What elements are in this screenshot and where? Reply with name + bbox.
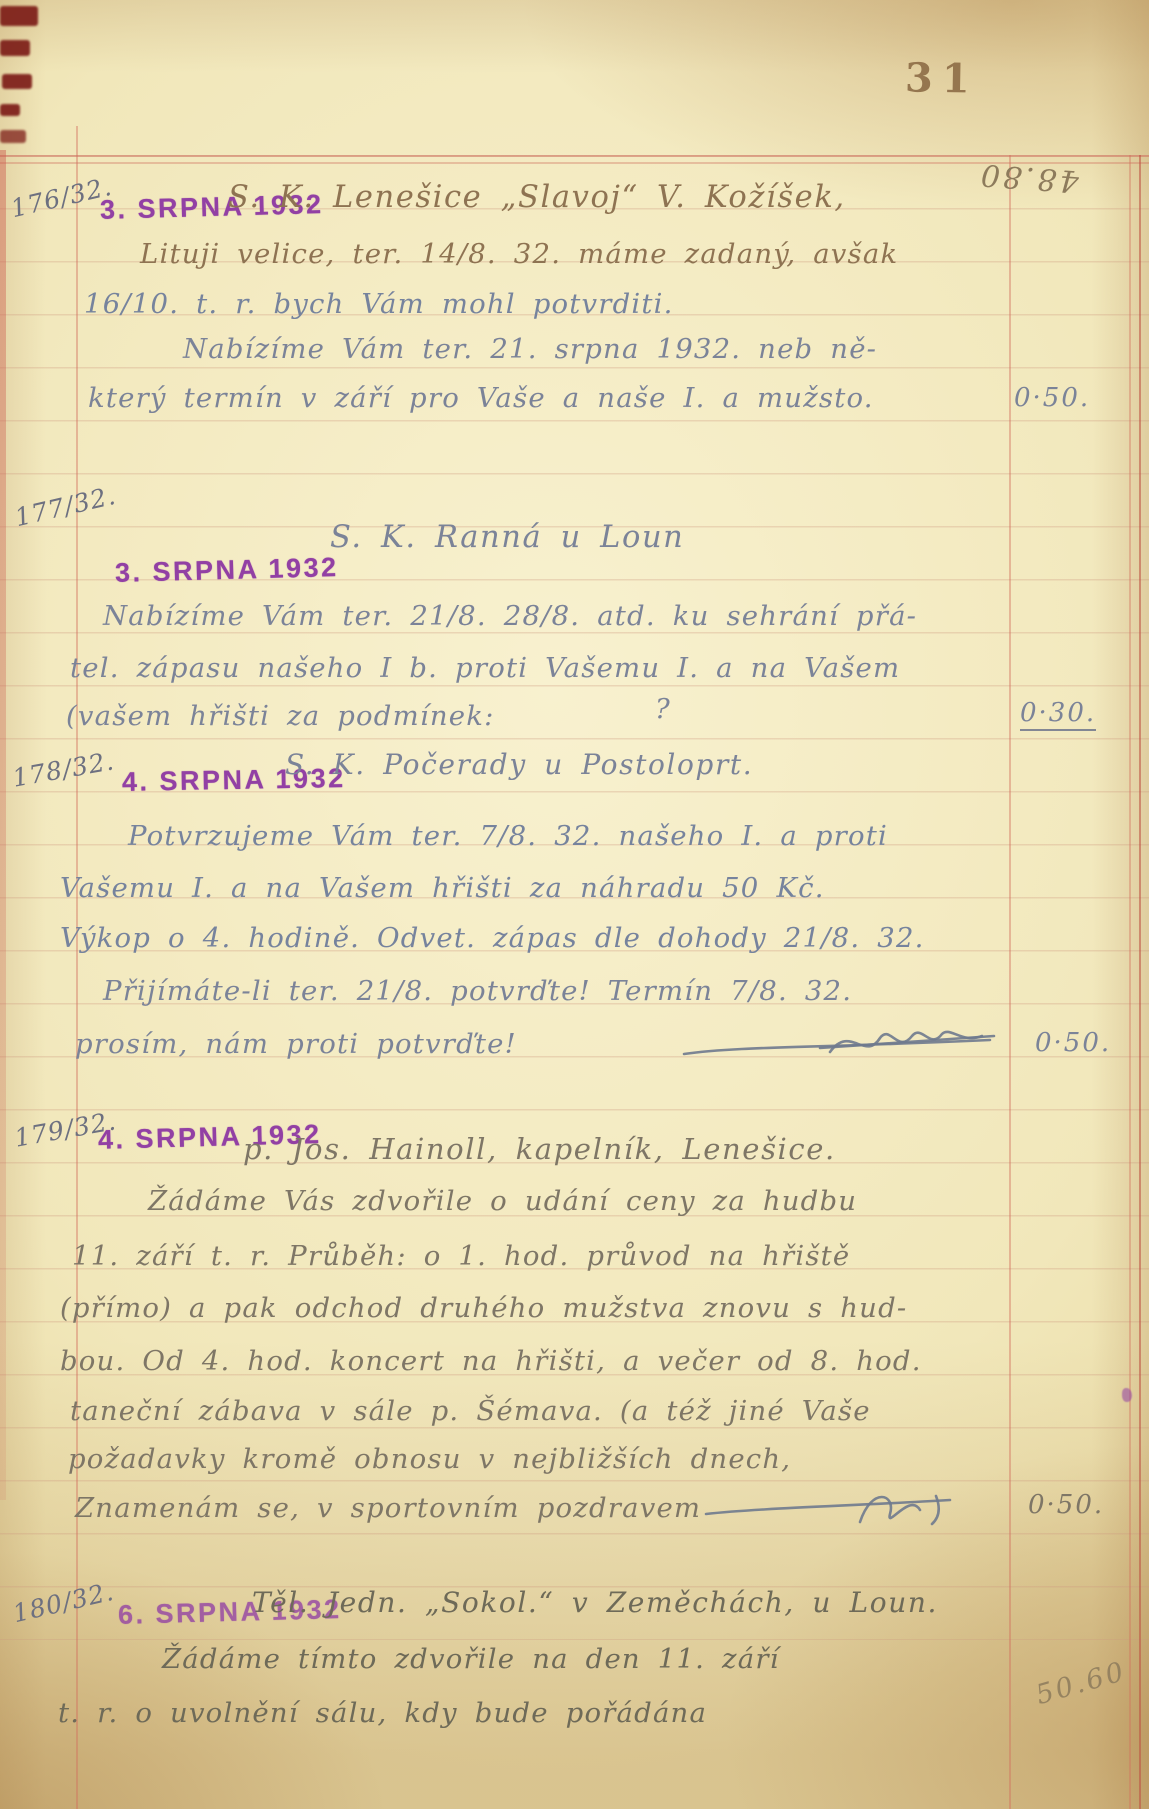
entry-line: Výkop o 4. hodině. Odvet. zápas dle doho…	[60, 922, 925, 954]
entry-heading: Těl. Jedn. „Sokol.“ v Zeměchách, u Loun.	[252, 1586, 938, 1619]
entry-amount: 0·50.	[1035, 1028, 1111, 1058]
left-margin-line	[76, 126, 78, 1809]
entry-line: bou. Od 4. hod. koncert na hřišti, a več…	[60, 1345, 922, 1377]
entry-heading: S. K. Ranná u Loun	[330, 520, 684, 555]
header-rule-bottom	[0, 162, 1149, 164]
entry-line: který termín v září pro Vaše a naše I. a…	[88, 382, 874, 414]
stamp-smudge	[1122, 1388, 1132, 1402]
crossed-out-scribble	[700, 1478, 960, 1538]
ledger-page: 31 48.80 50.60 176/32. 3. SRPNA 1932 S. …	[0, 0, 1149, 1809]
crossed-out-scribble	[680, 1012, 1000, 1072]
edge-blotch	[2, 74, 32, 89]
entry-ref: 177/32.	[12, 481, 119, 532]
right-margin-line-inner	[1129, 155, 1131, 1809]
edge-blotch	[0, 40, 30, 56]
entry-line: Žádáme Vás zdvořile o udání ceny za hudb…	[148, 1185, 857, 1217]
entry-line: t. r. o uvolnění sálu, kdy bude pořádána	[58, 1697, 707, 1729]
entry-line: taneční zábava v sále p. Šémava. (a též …	[70, 1395, 871, 1427]
date-stamp: 3. SRPNA 1932	[115, 552, 339, 589]
entry-line: (přímo) a pak odchod druhého mužstva zno…	[60, 1292, 907, 1324]
left-scan-edge	[0, 150, 6, 1500]
page-number: 31	[905, 54, 979, 102]
entry-line: Nabízíme Vám ter. 21/8. 28/8. atd. ku se…	[103, 600, 917, 632]
entry-line: Vašemu I. a na Vašem hřišti za náhradu 5…	[60, 872, 825, 904]
edge-blotch	[0, 6, 38, 26]
entry-line: 11. září t. r. Průběh: o 1. hod. průvod …	[72, 1240, 850, 1272]
entry-ref: 180/32.	[10, 1577, 117, 1628]
entry-line: Žádáme tímto zdvořile na den 11. září	[162, 1643, 780, 1675]
header-rule-top	[0, 155, 1149, 157]
right-margin-line-outer	[1139, 155, 1141, 1809]
entry-line: Znamenám se, v sportovním pozdravem	[75, 1492, 701, 1524]
amount-column-line	[1009, 155, 1011, 1809]
entry-heading: S. K. Počerady u Postoloprt.	[285, 748, 753, 781]
entry-line: Nabízíme Vám ter. 21. srpna 1932. neb ně…	[183, 333, 877, 365]
entry-heading: S. K. Lenešice „Slavoj“ V. Kožíšek,	[228, 180, 846, 215]
entry-line: Přijímáte-li ter. 21/8. potvrďte! Termín…	[103, 975, 852, 1007]
top-total-annotation: 48.80	[977, 157, 1080, 199]
entry-line: požadavky kromě obnosu v nejbližších dne…	[68, 1443, 791, 1475]
entry-line: prosím, nám proti potvrďte!	[75, 1028, 517, 1060]
entry-ref: 178/32.	[10, 746, 116, 792]
entry-line: tel. zápasu našeho I b. proti Vašemu I. …	[70, 652, 900, 684]
entry-line: (vašem hřišti za podmínek:	[66, 700, 495, 732]
bottom-total-annotation: 50.60	[1033, 1656, 1130, 1711]
entry-query-mark: ?	[655, 693, 671, 725]
entry-amount: 0·30.	[1020, 698, 1096, 728]
entry-line: Lituji velice, ter. 14/8. 32. máme zadan…	[140, 238, 898, 270]
amount-underline: 0·30.	[1020, 698, 1096, 731]
entry-heading: p. Jos. Hainoll, kapelník, Lenešice.	[243, 1132, 836, 1166]
entry-amount: 0·50.	[1028, 1490, 1104, 1520]
entry-line: 16/10. t. r. bych Vám mohl potvrditi.	[84, 288, 674, 320]
edge-blotch	[0, 130, 26, 143]
entry-amount: 0·50.	[1014, 383, 1090, 413]
entry-line: Potvrzujeme Vám ter. 7/8. 32. našeho I. …	[128, 820, 888, 852]
edge-blotch	[0, 104, 20, 116]
